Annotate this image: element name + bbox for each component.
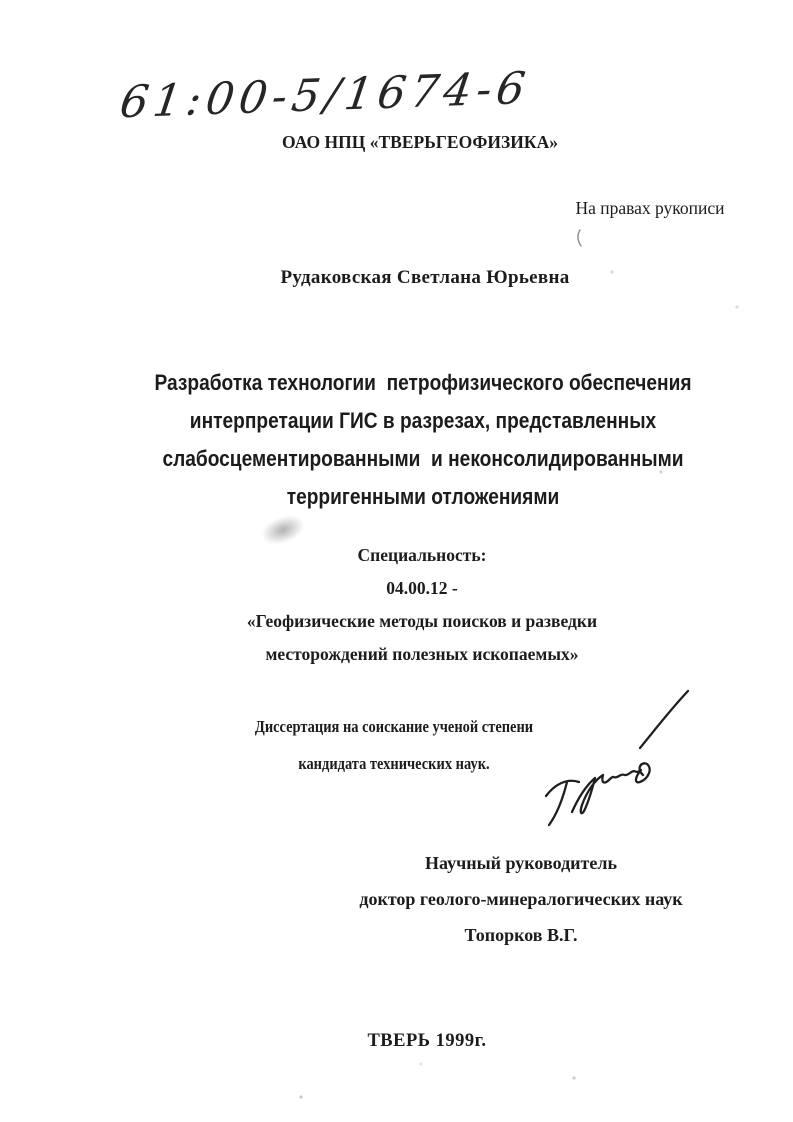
specialty-name-line-1: «Геофизические методы поисков и разведки xyxy=(247,605,597,638)
city-year: ТВЕРЬ 1999г. xyxy=(367,1031,486,1052)
handwritten-signature-icon xyxy=(542,688,692,828)
scan-specks xyxy=(0,0,2,2)
manuscript-note: На правах рукописи xyxy=(575,198,724,219)
ink-stroke-mark xyxy=(574,229,584,247)
author-name: Рудаковская Светлана Юрьевна xyxy=(280,267,569,289)
supervisor-name: Топорков В.Г. xyxy=(359,917,682,953)
handwritten-catalog-number: 61:00-5/1674-6 xyxy=(117,63,533,129)
title-line-3: слабосцементированными и неконсолидирова… xyxy=(119,440,728,478)
dissertation-title: Разработка технологии петрофизического о… xyxy=(119,364,728,516)
title-line-1: Разработка технологии петрофизического о… xyxy=(119,364,728,402)
thesis-type-block: Диссертация на соискание ученой степени … xyxy=(255,708,533,782)
thesis-line-2: кандидата технических наук. xyxy=(255,745,533,782)
title-line-2: интерпретации ГИС в разрезах, представле… xyxy=(119,402,728,440)
supervisor-degree: доктор геолого-минералогических наук xyxy=(359,881,682,917)
thesis-line-1: Диссертация на соискание ученой степени xyxy=(255,708,533,745)
specialty-code: 04.00.12 - xyxy=(247,572,597,605)
specialty-block: Специальность: 04.00.12 - «Геофизические… xyxy=(247,539,597,671)
specialty-name-line-2: месторождений полезных ископаемых» xyxy=(247,638,597,671)
supervisor-heading: Научный руководитель xyxy=(359,845,682,881)
scanned-page: 61:00-5/1674-6 ОАО НПЦ «ТВЕРЬГЕОФИЗИКА» … xyxy=(0,0,793,1122)
supervisor-block: Научный руководитель доктор геолого-мине… xyxy=(359,845,682,953)
organization-name: ОАО НПЦ «ТВЕРЬГЕОФИЗИКА» xyxy=(282,132,558,153)
title-line-4: терригенными отложениями xyxy=(119,478,728,516)
specialty-label: Специальность: xyxy=(247,539,597,572)
